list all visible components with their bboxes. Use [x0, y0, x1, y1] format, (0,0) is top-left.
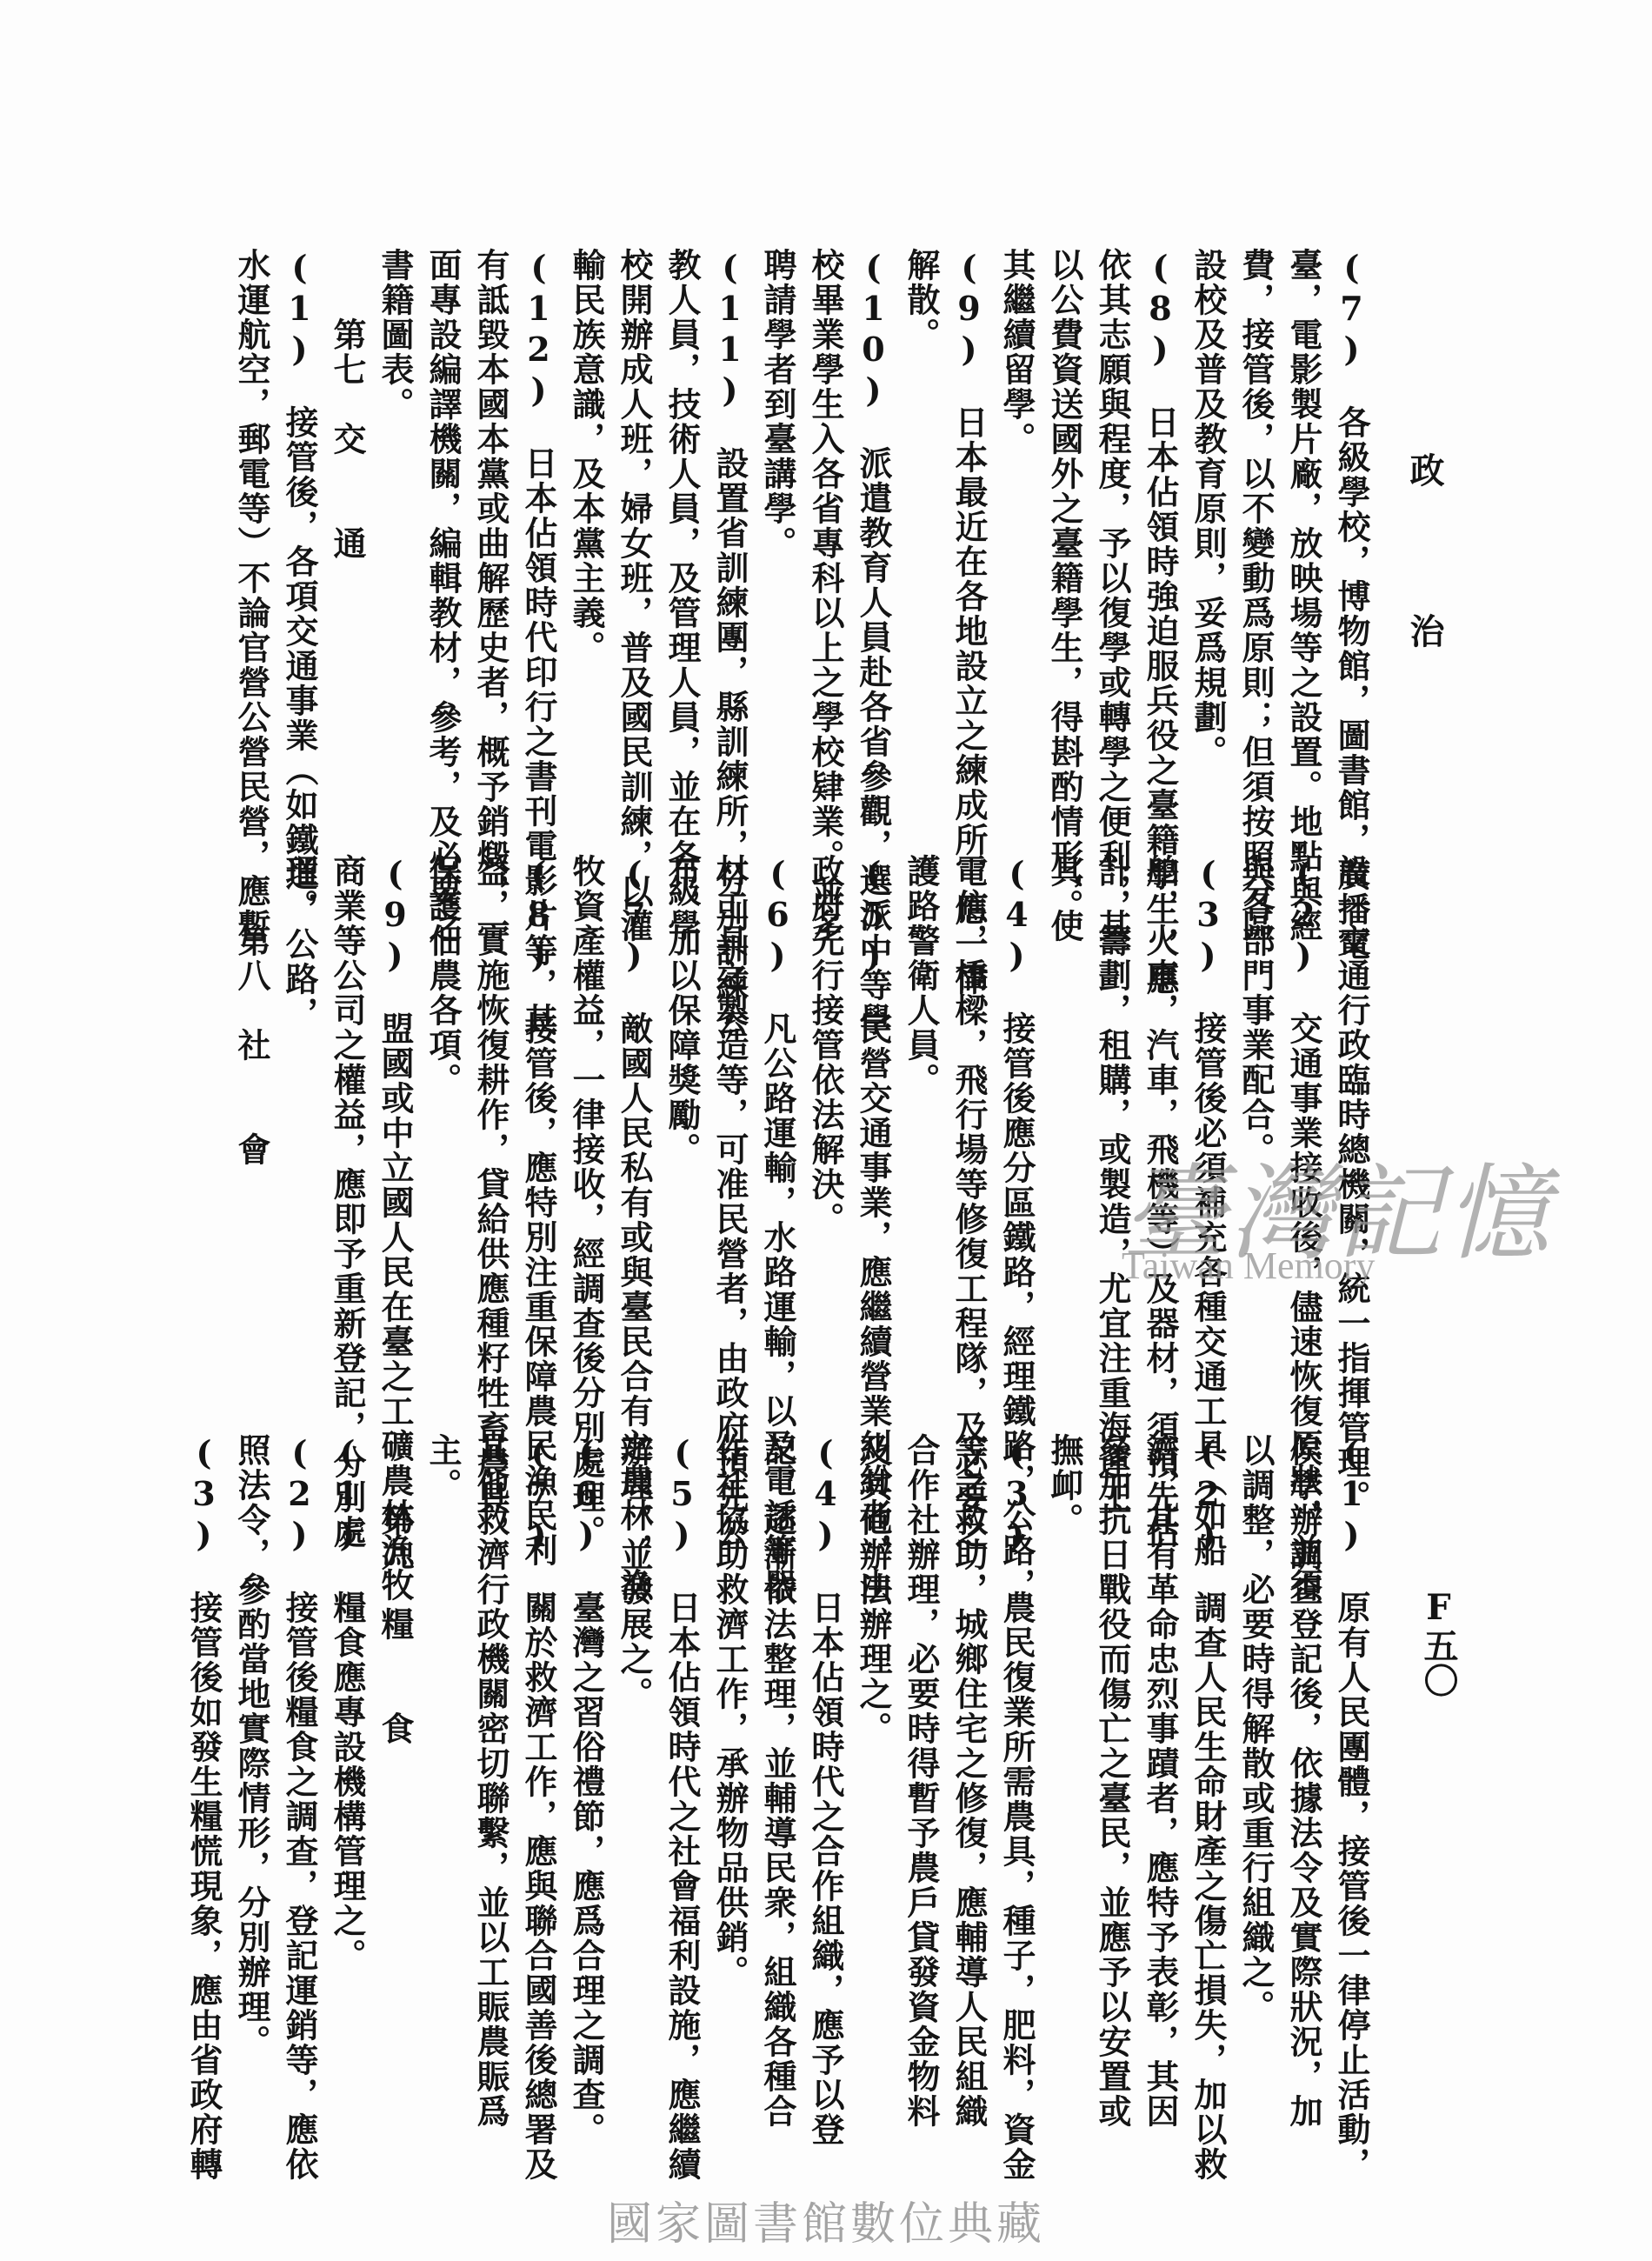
text-column: (2) 調查人民生命財產之傷亡損失，加以救	[1184, 1433, 1232, 2033]
text-column: (1) 糧食應專設機構管理之。	[323, 1433, 371, 2033]
text-column: 等之救助，城鄉住宅之修復，應輔導人民組織	[945, 1433, 993, 2033]
text-column: 政府先行接管依法解決。	[802, 854, 849, 1419]
text-column: 臺，電影製片廠，放映場等之設置。地點與經	[1280, 248, 1328, 848]
text-column: (3) 接管後如發生糧慌現象，應由省政府轉	[180, 1433, 228, 2033]
text-column: (1) 接管後，各項交通事業（如鐵道，公路，	[276, 248, 323, 848]
text-column: (6) 凡公路運輸，水路運輸，以及電話等器	[754, 854, 802, 1419]
text-column: (12) 日本佔領時代印行之書刊電影片等，其	[515, 248, 563, 848]
text-column: (11) 設置省訓練團，縣訓練所，分別訓練公	[706, 248, 754, 848]
text-column: (7) 敵國人民私有或與臺民合有之農林，漁	[610, 854, 658, 1419]
text-column: (8) 接管後，應特別注重保障農民漁民利	[515, 854, 563, 1419]
text-column: 其繼續留學。	[993, 248, 1041, 848]
text-column: 以公費資送國外之臺籍學生，得斟酌情形，使	[1041, 248, 1089, 848]
text-column: 教人員，技術人員，及管理人員，並在各級學	[658, 248, 706, 848]
text-column: (9) 盟國或中立國人民在臺之工礦農林漁牧	[371, 854, 419, 1419]
text-column: 第七 交 通	[323, 248, 371, 848]
text-band-top: (7) 各級學校，博物館，圖書館，廣播電臺，電影製片廠，放映場等之設置。地點與經…	[228, 248, 1376, 848]
scanned-document-page: 政 治 F五〇 (7) 各級學校，博物館，圖書館，廣播電臺，電影製片廠，放映場等…	[0, 0, 1652, 2261]
text-column: 主。	[419, 1433, 467, 2033]
text-column: 護路警衛人員。	[897, 854, 945, 1419]
text-column: 辦理，並發展之。	[610, 1433, 658, 2033]
text-column: 解散。	[897, 248, 945, 848]
text-column: (4) 接管後應分區鐵路，經理鐵路，公路，	[993, 854, 1041, 1419]
text-column: 輸民族意識，及本黨主義。	[563, 248, 610, 848]
text-column: (5) 民營交通事業，應繼續營業糾紛者，由	[849, 854, 897, 1419]
text-column: 其他救濟行政機關密切聯繫，並以工賑農賑爲	[467, 1433, 515, 2033]
text-column: 材工具之製造等，可准民營者，由政府預先公	[706, 854, 754, 1419]
text-column: 參加抗日戰役而傷亡之臺民，並應予以安置或	[1089, 1433, 1136, 2033]
text-column: (6) 臺灣之習俗禮節，應爲合理之調查。	[563, 1433, 610, 2033]
text-column: 保護佃農各項。	[419, 854, 467, 1419]
text-column: 記，逐漸依法整理，並輔導民衆，組織各種合	[754, 1433, 802, 2033]
text-column: 第九 糧 食	[371, 1433, 419, 2033]
text-column: 以調整，必要時得解散或重行組織之。	[1232, 1433, 1280, 2033]
text-column: 牧資產權益，一律接收，經調查後分別處理。	[563, 854, 610, 1419]
text-column: (10) 派遣教育人員赴各省參觀，選派中等學	[849, 248, 897, 848]
text-column: (2) 接管後糧食之調查，登記運銷等，應依	[276, 1433, 323, 2033]
text-column: (9) 日本最近在各地設立之練成所，應一律	[945, 248, 993, 848]
text-column: 具。	[1041, 854, 1089, 1419]
text-column: 面專設編譯機關，編輯教材，參考，及必要之	[419, 248, 467, 848]
page-number: F五〇	[1414, 1587, 1463, 1697]
text-column: (4) 日本佔領時代之合作組織，應予以登	[802, 1433, 849, 2033]
text-column: (5) 日本佔領時代之社會福利設施，應繼續	[658, 1433, 706, 2033]
footer-collection-label: 國家圖書館數位典藏	[0, 2187, 1652, 2252]
text-column: 水運航空，郵電等）不論官營公營民營，應暫	[228, 248, 276, 848]
text-column: 益，實施恢復耕作，貸給供應種籽牲畜農具，	[467, 854, 515, 1419]
text-column: 理。	[276, 854, 323, 1419]
text-column: (8) 日本佔領時強迫服兵役之臺籍學生，應	[1136, 248, 1184, 848]
text-column: 校畢業學生入各省專科以上之學校肄業。並多	[802, 248, 849, 848]
text-column: 設校及普及教育原則，妥爲規劃。	[1184, 248, 1232, 848]
text-column: 撫卹。	[1041, 1433, 1089, 2033]
text-column: 校開辦成人班，婦女班，普及國民訓練，以灌	[610, 248, 658, 848]
running-head-char-2: 治	[1400, 613, 1449, 648]
text-column: 照法令，參酌當地實際情形，分別辦理。	[228, 1433, 276, 2033]
text-column: 濟，其有革命忠烈事蹟者，應特予表彰，其因	[1136, 1433, 1184, 2033]
text-column: 俟學辦調查登記後，依據法令及實際狀況，加	[1280, 1433, 1328, 2033]
text-column: (3) 農民復業所需農具，種子，肥料，資金	[993, 1433, 1041, 2033]
text-column: 第八 社 會	[228, 854, 276, 1419]
text-column: (1) 原有人民團體，接管後一律停止活動，	[1328, 1433, 1376, 2033]
text-column: (7) 各級學校，博物館，圖書館，廣播電	[1328, 248, 1376, 848]
text-column: 電信，橋樑，飛行場等修復工程隊，及必要之	[945, 854, 993, 1419]
watermark-text: Taiwan Memory	[1122, 1244, 1375, 1288]
text-column: 費，接管後，以不變動爲原則；但須按照分區	[1232, 248, 1280, 848]
text-band-bottom: (1) 原有人民團體，接管後一律停止活動，俟學辦調查登記後，依據法令及實際狀況，…	[180, 1433, 1376, 2033]
text-column: 作社協助救濟工作，承辦物品供銷。	[706, 1433, 754, 2033]
text-column: 依其志願與程度，予以復學或轉學之便利，其	[1089, 248, 1136, 848]
running-head-char-1: 政	[1400, 452, 1449, 487]
text-column: 合作社辦理，必要時得暫予農戶貸發資金物料	[897, 1433, 945, 2033]
text-column: 商業等公司之權益，應即予重新登記，分別處	[323, 854, 371, 1419]
text-column: 聘請學者到臺講學。	[754, 248, 802, 848]
text-column: 布，加以保障獎勵。	[658, 854, 706, 1419]
text-column: 書籍圖表。	[371, 248, 419, 848]
text-column: 有詆毀本國本黨或曲解歷史者，概予銷燬，一	[467, 248, 515, 848]
text-column: 及其他辦法辦理之。	[849, 1433, 897, 2033]
text-column: (7) 關於救濟工作，應與聯合國善後總署及	[515, 1433, 563, 2033]
